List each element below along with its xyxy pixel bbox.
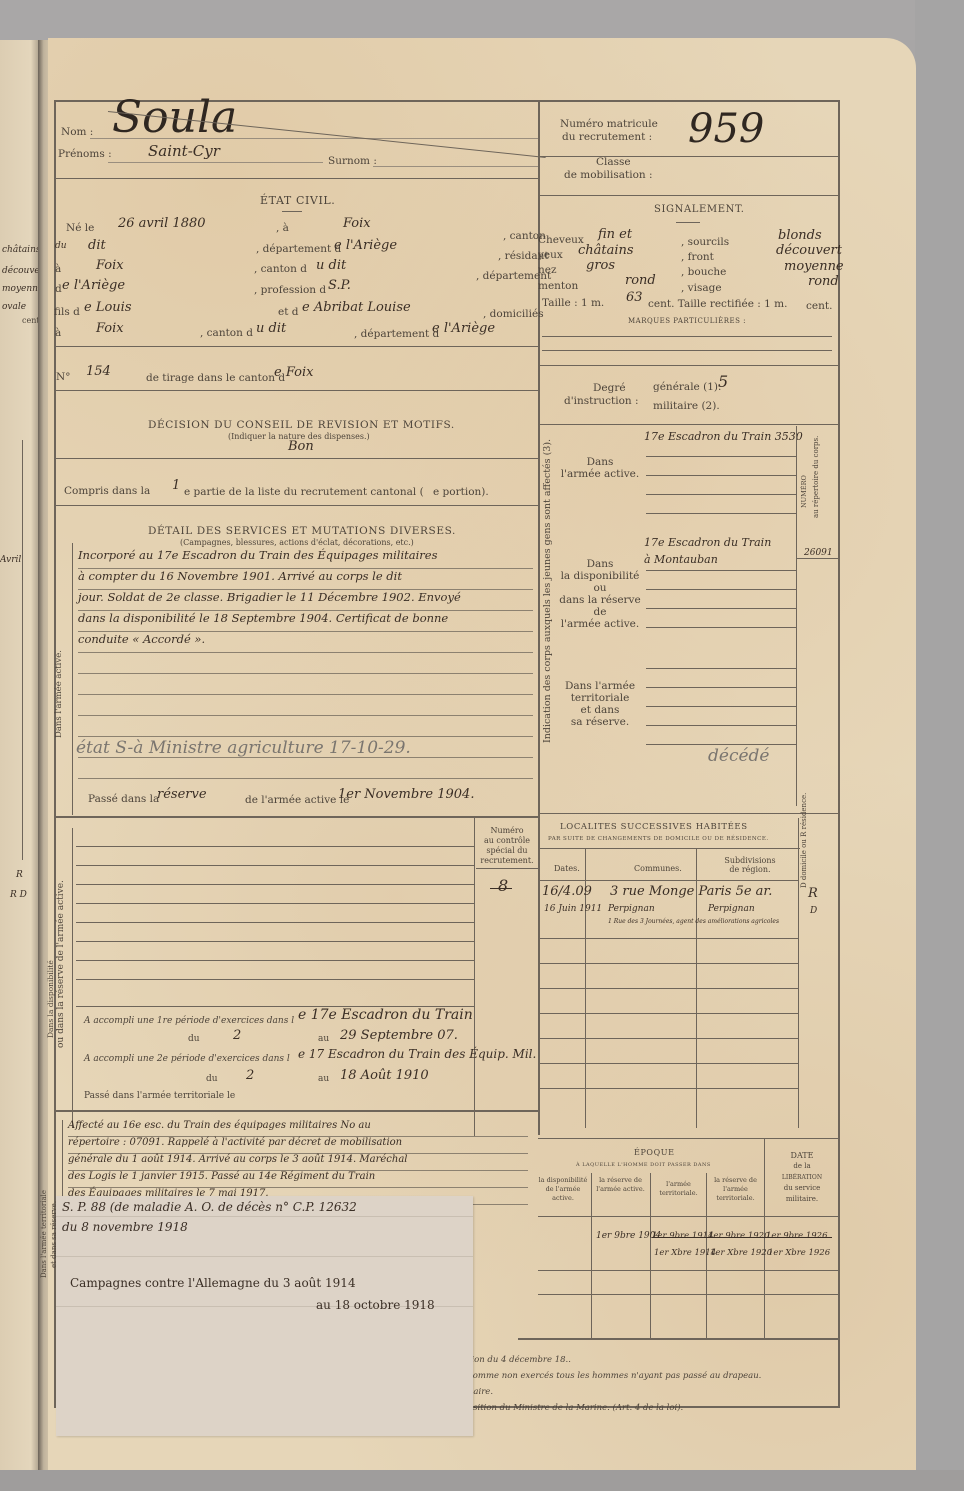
territoriale-side-label-1: Dans l'armée territoriale (40, 1190, 48, 1278)
periode2-unit: e 17 Escadron du Train des Équip. Mil. (298, 1047, 536, 1061)
canton-prefix: du (55, 241, 67, 251)
note-slip-line-1: S. P. 88 (de maladie A. O. de décès n° C… (62, 1200, 357, 1214)
departement3-label: , département d (354, 328, 439, 340)
periode1-label: A accompli une 1re période d'exercices d… (84, 1016, 294, 1026)
menton-value: rond (625, 273, 656, 288)
yeux-value: châtains (578, 243, 634, 258)
generale-label: générale (1). (653, 381, 721, 393)
service-line: conduite « Accordé ». (78, 632, 533, 653)
canton-value: dit (88, 238, 106, 253)
liberation-old: 1er 9bre 1926 (766, 1231, 827, 1241)
departement-value: e l'Ariège (334, 238, 397, 253)
a-value: Foix (343, 216, 371, 231)
canton3-value: u dit (256, 321, 286, 336)
instruction-label-2: d'instruction : (564, 395, 639, 407)
taille-label: Taille : 1 m. (542, 297, 604, 309)
epoque-col-4: la réserve de l'armée territoriale. (708, 1176, 763, 1203)
side-label-active: Dans l'armée active. (54, 650, 64, 738)
front-label: , front (681, 251, 714, 263)
sourcils-value: blonds (778, 228, 822, 243)
mere-value: e Abribat Louise (302, 300, 411, 315)
cheveux-value: fin et (598, 227, 632, 242)
cheveux-label: Cheveux (538, 234, 584, 246)
liberation-heading: DATE de la LIBÉRATION du service militai… (766, 1150, 838, 1205)
service-line: Incorporé au 17e Escadron du Train des É… (78, 548, 533, 569)
services-subheading: (Campagnes, blessures, actions d'éclat, … (180, 538, 414, 547)
repertoire-label-2: au répertoire du corps. (812, 436, 820, 518)
classe-label-1: Classe (596, 156, 631, 168)
tirage-label: de tirage dans le canton d (146, 372, 285, 384)
nez-label: nez (538, 264, 557, 276)
repertoire-value: 26091 (804, 548, 833, 558)
conseil-heading: DÉCISION DU CONSEIL DE REVISION ET MOTIF… (148, 419, 455, 431)
residant-prefix: à (55, 263, 61, 275)
numero-matricule-value: 959 (688, 106, 764, 152)
epoque-heading: ÉPOQUE (634, 1148, 675, 1157)
portion-label: e portion). (433, 486, 489, 498)
repertoire-label-1: NUMÉRO (800, 475, 808, 508)
bouche-label: , bouche (681, 266, 726, 278)
tirage-canton-value: e Foix (274, 365, 313, 380)
periode2-du-value: 2 (246, 1068, 254, 1083)
territoriale-value: décédé (708, 746, 769, 766)
prenoms-label: Prénoms : (58, 148, 112, 160)
et-label: et d (278, 306, 299, 318)
localite-date-2: 16 Juin 1911 (544, 904, 602, 914)
tirage-prefix: N° (56, 371, 70, 383)
instruction-label-1: Degré (593, 382, 626, 394)
classe-label-2: de mobilisation : (564, 169, 653, 181)
periode1-du-label: du (188, 1034, 200, 1044)
localite-commune-2: Perpignan (608, 904, 655, 914)
reserve-side-label-2: ou dans la réserve de l'armée active. (56, 880, 66, 1048)
localites-col-subdivisions: Subdivisions de région. (720, 856, 780, 874)
bouche-value: moyenne (784, 259, 844, 274)
epoque-col-2: la réserve de l'armée active. (593, 1176, 648, 1194)
active-label: Dans l'armée active. (558, 456, 642, 480)
taille-rectifiee-label: cent. Taille rectifiée : 1 m. (648, 298, 787, 310)
compris-label: Compris dans la (64, 485, 150, 497)
mobilisation-line: des Logis le 1 janvier 1915. Passé au 14… (68, 1171, 528, 1188)
pasted-note-slip: S. P. 88 (de maladie A. O. de décès n° C… (56, 1196, 473, 1436)
visage-label: , visage (681, 282, 722, 294)
front-value: découvert (776, 243, 842, 258)
passe-label: Passé dans la (88, 793, 159, 805)
periode1-unit: e 17e Escadron du Train (298, 1007, 473, 1023)
left-fragment-7: R (16, 870, 23, 880)
epoque-reserve-territoriale-new: 1er Xbre 1920 (710, 1248, 772, 1258)
tirage-value: 154 (86, 364, 111, 379)
periode1-du-value: 2 (233, 1028, 241, 1043)
left-fragment-1: châtains (2, 245, 40, 255)
reserve-side-label-1: Dans la disponibilité (46, 960, 55, 1038)
residant-value: Foix (96, 258, 124, 273)
departement2-value: e l'Ariège (62, 278, 125, 293)
localites-col-communes: Communes. (634, 864, 682, 873)
service-line: dans la disponibilité le 18 Septembre 19… (78, 611, 533, 632)
localite-note: 1 Rue des 3 Journées, agent des améliora… (608, 918, 779, 925)
territoriale-passe-label: Passé dans l'armée territoriale le (84, 1091, 235, 1101)
compris-suffix: e partie de la liste du recrutement cant… (184, 486, 424, 498)
epoque-strike (652, 1237, 832, 1238)
services-heading: DÉTAIL DES SERVICES ET MUTATIONS DIVERSE… (148, 525, 456, 537)
numero-matricule-label-1: Numéro matricule (560, 118, 658, 130)
liberation-new: 1er Xbre 1926 (768, 1248, 830, 1258)
yeux-label: yeux (538, 249, 563, 261)
footnote-line: comme non exercés tous les hommes n'ayan… (468, 1368, 761, 1384)
numero-controle-value: 8 (498, 876, 508, 895)
pencil-note: état S-à Ministre agriculture 17-10-29. (76, 738, 411, 758)
footnotes: tion du 4 décembre 18.. comme non exercé… (468, 1352, 761, 1416)
cent-label: cent. (806, 300, 832, 312)
epoque-col-1: la disponibilité de l'armée active. (536, 1176, 590, 1203)
localite-subdivision-2: Perpignan (708, 904, 755, 914)
ne-le-value: 26 avril 1880 (118, 216, 206, 231)
periode1-au-label: au (318, 1034, 329, 1044)
service-line: à compter du 16 Novembre 1901. Arrivé au… (78, 569, 533, 590)
prenoms-value: Saint-Cyr (148, 142, 220, 160)
localites-col-type: D domicile ou R résidence. (800, 793, 808, 888)
domicile-prefix: à (55, 327, 61, 339)
epoque-territoriale-old: 1er 9bre 1914 (652, 1231, 713, 1241)
epoque-col-3: l'armée territoriale. (652, 1180, 705, 1198)
passe-suffix: de l'armée active le (245, 794, 349, 806)
campagnes-line-2: au 18 octobre 1918 (316, 1298, 435, 1312)
passe-date: 1er Novembre 1904. (338, 787, 474, 802)
footnote-line: osition du Ministre de la Marine. (Art. … (468, 1400, 761, 1416)
scan-background-right (915, 0, 964, 1491)
note-slip-line-2: du 8 novembre 1918 (62, 1220, 188, 1234)
active-value: 17e Escadron du Train 3530 (644, 430, 803, 443)
canton3-label: , canton d (200, 327, 253, 339)
scan-background-top (0, 0, 964, 40)
nez-value: gros (586, 258, 615, 273)
left-fragment-4: ovale (2, 302, 26, 312)
departement2-prefix: d (55, 283, 62, 295)
surnom-label: Surnom : (328, 155, 377, 167)
disponibilite-value-1: 17e Escadron du Train (644, 536, 771, 549)
etat-civil-heading: ÉTAT CIVIL. (260, 194, 335, 207)
periode2-au-value: 18 Août 1910 (340, 1068, 429, 1083)
footnote-line: tion du 4 décembre 18.. (468, 1352, 761, 1368)
periode2-au-label: au (318, 1074, 329, 1084)
domicilies-label: , domiciliés (483, 308, 544, 320)
epoque-territoriale-new: 1er Xbre 1914 (654, 1248, 716, 1258)
periode2-label: A accompli une 2e période d'exercices da… (84, 1054, 290, 1064)
localite-type-2: D (810, 906, 817, 916)
mobilisation-line: générale du 1 août 1914. Arrivé au corps… (68, 1154, 528, 1171)
territoriale-label: Dans l'armée territoriale et dans sa rés… (558, 680, 642, 728)
disponibilite-label: Dans la disponibilité ou dans la réserve… (558, 558, 642, 630)
domicile-value: Foix (96, 321, 124, 336)
epoque-reserve-territoriale-old: 1er 9bre 1920 (708, 1231, 769, 1241)
generale-value: 5 (718, 372, 728, 391)
periode2-du-label: du (206, 1074, 218, 1084)
localite-type-1: R (808, 886, 818, 901)
campagnes-line-1: Campagnes contre l'Allemagne du 3 août 1… (70, 1276, 356, 1290)
ne-le-label: Né le (66, 222, 94, 234)
numero-controle-label: Numéro au contrôle spécial du recrutemen… (478, 826, 536, 866)
compris-value: 1 (172, 478, 180, 493)
affectation-side-label: Indication des corps auxquels les jeunes… (542, 439, 553, 743)
mobilisation-line: répertoire : 07091. Rappelé à l'activité… (68, 1137, 528, 1154)
disponibilite-value-2: à Montauban (644, 553, 718, 566)
canton2-value: u dit (316, 258, 346, 273)
mobilisation-line: Affecté au 16e esc. du Train des équipag… (68, 1120, 528, 1137)
menton-label: menton (538, 280, 578, 292)
sourcils-label: , sourcils (681, 236, 729, 248)
epoque-subheading: À LAQUELLE L'HOMME DOIT PASSER DANS (576, 1162, 711, 1168)
passe-value: réserve (157, 787, 207, 802)
localite-commune-1: 3 rue Monge Paris 5e ar. (610, 884, 772, 899)
left-fragment-6: Avril (0, 555, 21, 565)
fils-label: fils d (54, 306, 80, 318)
periode1-au-value: 29 Septembre 07. (340, 1028, 458, 1043)
marques-label: MARQUES PARTICULIÈRES : (628, 317, 746, 325)
localite-date-1: 16/4.09 (542, 884, 592, 899)
taille-value: 63 (626, 290, 643, 305)
signalement-heading: SIGNALEMENT. (654, 204, 745, 215)
departement3-value: e l'Ariège (432, 321, 495, 336)
profession-value: S.P. (328, 278, 351, 293)
service-line: jour. Soldat de 2e classe. Brigadier le … (78, 590, 533, 611)
a-label: , à (276, 222, 289, 234)
localites-col-dates: Dates. (554, 864, 580, 873)
profession-label: , profession d (254, 284, 326, 296)
visage-value: rond (808, 274, 839, 289)
departement-label: , département d (256, 243, 341, 255)
left-column-line (22, 440, 23, 860)
nom-label: Nom : (61, 126, 93, 138)
militaire-label: militaire (2). (653, 400, 720, 412)
scan-background-bottom (0, 1470, 964, 1491)
numero-matricule-label-2: du recrutement : (562, 131, 652, 143)
canton2-label: , canton d (254, 263, 307, 275)
pere-value: e Louis (84, 300, 132, 315)
localites-subheading: PAR SUITE DE CHANGEMENTS DE DOMICILE OU … (548, 836, 769, 842)
conseil-value: Bon (288, 439, 314, 454)
footnote-line: liaire. (468, 1384, 761, 1400)
localites-heading: LOCALITES SUCCESSIVES HABITÉES (560, 822, 748, 832)
left-fragment-8: R D (10, 890, 27, 900)
